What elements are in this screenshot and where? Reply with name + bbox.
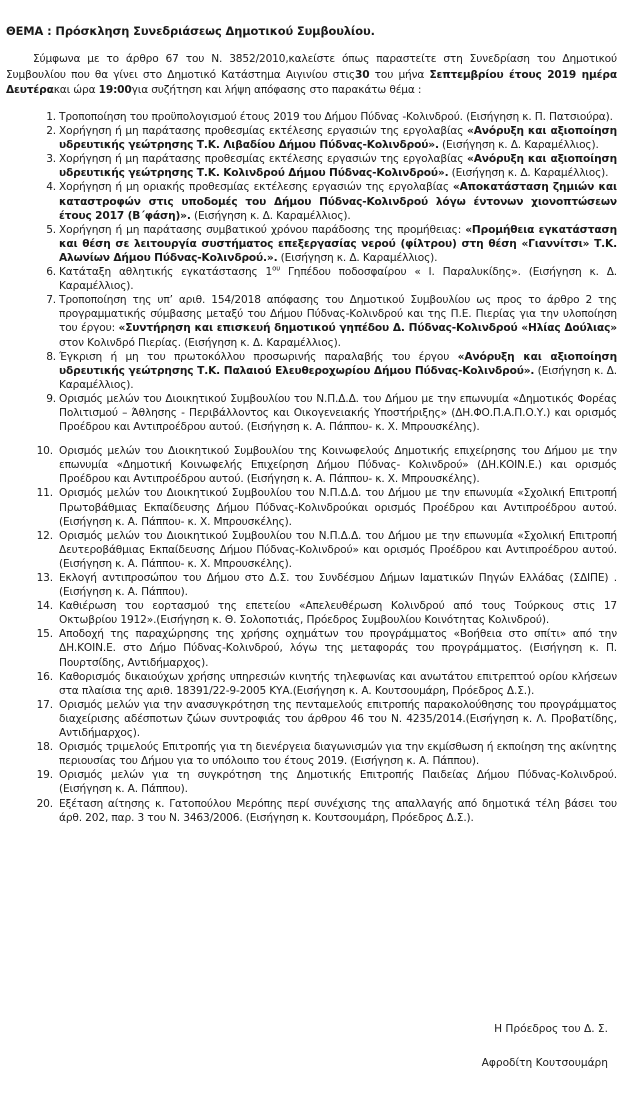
agenda-item-number: 9. — [36, 392, 56, 406]
text-run: Ορισμός τριμελούς Επιτροπής για τη διενέ… — [59, 741, 617, 767]
text-run: Καθιέρωση του εορτασμού της επετείου «Απ… — [59, 600, 617, 626]
text-run: Καθορισμός δικαιούχων χρήσης υπηρεσιών κ… — [59, 671, 617, 697]
agenda-item: 4.Χορήγηση ή μη οριακής προθεσμίας εκτέλ… — [36, 180, 617, 222]
signature-title: Η Πρόεδρος του Δ. Σ. — [494, 1023, 608, 1035]
text-run: Ορισμός μελών του Διοικητικού Συμβουλίου… — [59, 393, 617, 433]
bold-text-run: 19:00 — [99, 84, 132, 96]
text-run: ου — [272, 265, 280, 273]
agenda-item: 12.Ορισμός μελών του Διοικητικού Συμβουλ… — [36, 529, 617, 571]
agenda-item: 5.Χορήγηση ή μη παράτασης συμβατικού χρό… — [36, 223, 617, 265]
agenda-item-number: 2. — [36, 124, 56, 138]
agenda-item: 18.Ορισμός τριμελούς Επιτροπής για τη δι… — [36, 740, 617, 768]
agenda-item-number: 18. — [33, 740, 53, 754]
text-run: Χορήγηση ή μη παράτασης προθεσμίας εκτέλ… — [59, 153, 467, 165]
agenda-item-number: 6. — [36, 265, 56, 279]
text-run: (Εισήγηση κ. Δ. Καραμέλλιος). — [439, 139, 599, 151]
agenda-item-number: 7. — [36, 293, 56, 307]
signature-name: Αφροδίτη Κουτσουμάρη — [482, 1057, 608, 1069]
agenda-item: 15.Αποδοχή της παραχώρησης της χρήσης οχ… — [36, 627, 617, 669]
agenda-item: 2.Χορήγηση ή μη παράτασης προθεσμίας εκτ… — [36, 124, 617, 152]
agenda-item-number: 4. — [36, 180, 56, 194]
agenda-item: 19.Ορισμός μελών για τη συγκρότηση της Δ… — [36, 768, 617, 796]
document-page: ΘΕΜΑ : Πρόσκληση Συνεδριάσεως Δημοτικού … — [0, 0, 631, 1100]
text-run: Τροποποίηση του προϋπολογισμού έτους 201… — [59, 111, 613, 123]
agenda-item-number: 5. — [36, 223, 56, 237]
text-run: Ορισμός μελών του Διοικητικού Συμβουλίου… — [59, 530, 617, 570]
agenda-item: 10.Ορισμός μελών του Διοικητικού Συμβουλ… — [36, 444, 617, 486]
agenda-item: 6.Κατάταξη αθλητικής εγκατάστασης 1ου Γη… — [36, 265, 617, 293]
agenda-item-number: 11. — [33, 486, 53, 500]
agenda-item-number: 13. — [33, 571, 53, 585]
text-run: (Εισήγηση κ. Δ. Καραμέλλιος). — [448, 167, 608, 179]
intro-paragraph: Σύμφωνα με το άρθρο 67 του Ν. 3852/2010,… — [6, 52, 617, 99]
agenda-item-number: 12. — [33, 529, 53, 543]
agenda-item: 17.Ορισμός μελών για την ανασυγκρότηση τ… — [36, 698, 617, 740]
agenda-item-number: 8. — [36, 350, 56, 364]
agenda-item-number: 1. — [36, 110, 56, 124]
bold-text-run: 30 — [355, 69, 369, 81]
text-run: Ορισμός μελών του Διοικητικού Συμβουλίου… — [59, 487, 617, 527]
text-run: Χορήγηση ή μη οριακής προθεσμίας εκτέλεσ… — [59, 181, 453, 193]
agenda-item-number: 3. — [36, 152, 56, 166]
agenda-item: 8.Έγκριση ή μη του πρωτοκόλλου προσωρινή… — [36, 350, 617, 392]
agenda-item-number: 14. — [33, 599, 53, 613]
text-run: για συζήτηση και λήψη απόφασης στο παρακ… — [132, 84, 422, 96]
text-run: Εκλογή αντιπροσώπου του Δήμου στο Δ.Σ. τ… — [59, 572, 617, 598]
text-run: (Εισήγηση κ. Δ. Καραμέλλιος). — [191, 210, 351, 222]
agenda-item: 11.Ορισμός μελών του Διοικητικού Συμβουλ… — [36, 486, 617, 528]
agenda-item: 9.Ορισμός μελών του Διοικητικού Συμβουλί… — [36, 392, 617, 434]
text-run: (Εισήγηση κ. Δ. Καραμέλλιος). — [277, 252, 437, 264]
text-run: και ώρα — [54, 84, 99, 96]
text-run: Έγκριση ή μη του πρωτοκόλλου προσωρινής … — [59, 351, 458, 363]
agenda-item-number: 10. — [33, 444, 53, 458]
text-run: Χορήγηση ή μη παράτασης προθεσμίας εκτέλ… — [59, 125, 467, 137]
text-run: του μήνα — [369, 69, 429, 81]
bold-text-run: «Συντήρηση και επισκευή δημοτικού γηπέδο… — [119, 322, 617, 334]
text-run: Ορισμός μελών για τη συγκρότηση της Δημο… — [59, 769, 617, 795]
text-run: Ορισμός μελών για την ανασυγκρότηση της … — [59, 699, 617, 739]
agenda-item: 7.Τροποποίηση της υπ’ αριθ. 154/2018 από… — [36, 293, 617, 349]
document-subject: ΘΕΜΑ : Πρόσκληση Συνεδριάσεως Δημοτικού … — [6, 24, 375, 38]
agenda-item: 14.Καθιέρωση του εορτασμού της επετείου … — [36, 599, 617, 627]
text-run: Ορισμός μελών του Διοικητικού Συμβουλίου… — [59, 445, 617, 485]
agenda-item: 20.Εξέταση αίτησης κ. Γατοπούλου Μερόπης… — [36, 797, 617, 825]
agenda-item: 1.Τροποποίηση του προϋπολογισμού έτους 2… — [36, 110, 617, 124]
text-run: Χορήγηση ή μη παράτασης συμβατικού χρόνο… — [59, 224, 465, 236]
agenda-item: 3.Χορήγηση ή μη παράτασης προθεσμίας εκτ… — [36, 152, 617, 180]
agenda-item: 13.Εκλογή αντιπροσώπου του Δήμου στο Δ.Σ… — [36, 571, 617, 599]
agenda-item-number: 20. — [33, 797, 53, 811]
agenda-item-number: 19. — [33, 768, 53, 782]
text-run: στον Κολινδρό Πιερίας. (Εισήγηση κ. Δ. Κ… — [59, 337, 341, 349]
agenda-item-number: 16. — [33, 670, 53, 684]
text-run: Κατάταξη αθλητικής εγκατάστασης 1 — [59, 266, 272, 278]
agenda-item-number: 17. — [33, 698, 53, 712]
agenda-item-number: 15. — [33, 627, 53, 641]
agenda-list: 1.Τροποποίηση του προϋπολογισμού έτους 2… — [36, 110, 617, 825]
agenda-item: 16.Καθορισμός δικαιούχων χρήσης υπηρεσιώ… — [36, 670, 617, 698]
text-run: Αποδοχή της παραχώρησης της χρήσης οχημά… — [59, 628, 617, 668]
text-run: Εξέταση αίτησης κ. Γατοπούλου Μερόπης πε… — [59, 798, 617, 824]
